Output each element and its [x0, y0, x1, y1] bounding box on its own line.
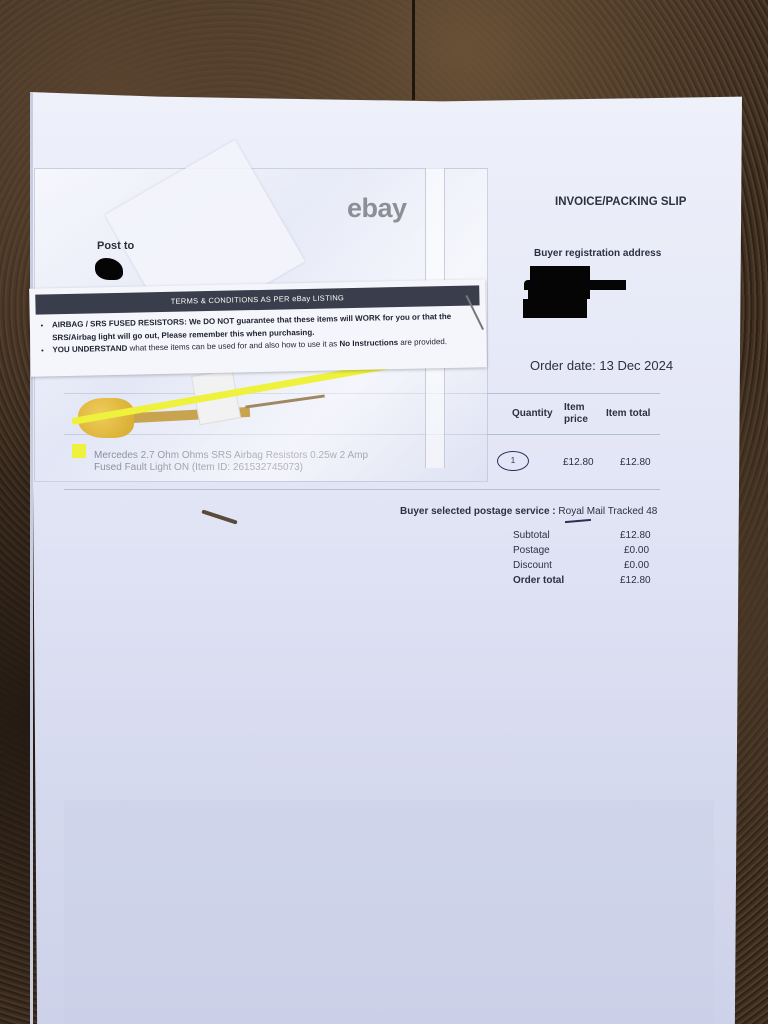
- subtotal-label: Subtotal: [513, 530, 550, 541]
- item-price: £12.80: [563, 457, 594, 468]
- terms-header: TERMS & CONDITIONS AS PER eBay LISTING: [35, 285, 479, 314]
- cable-tie-head: [72, 444, 86, 458]
- terms-item-bold: No Instructions: [339, 338, 398, 348]
- order-total-value: £12.80: [620, 575, 651, 586]
- item-total: £12.80: [620, 457, 651, 468]
- header-quantity: Quantity: [512, 408, 553, 420]
- header-item-total: Item total: [606, 408, 650, 420]
- subtotal-value: £12.80: [620, 530, 651, 541]
- ebay-logo: ebay: [347, 193, 407, 224]
- invoice-title: INVOICE/PACKING SLIP: [555, 196, 686, 208]
- discount-value: £0.00: [624, 560, 649, 571]
- order-date: Order date: 13 Dec 2024: [530, 358, 673, 373]
- table-bottom-rule: [64, 489, 660, 490]
- terms-item-bold: YOU UNDERSTAND: [52, 344, 127, 355]
- postage-value: £0.00: [624, 545, 649, 556]
- paper-edge: [30, 92, 33, 1024]
- postage-service-label: Buyer selected postage service :: [400, 506, 556, 517]
- paper-lower-fold: [64, 800, 714, 1024]
- quantity-circled: 1: [497, 451, 529, 471]
- terms-item-text: what these items can be used for and als…: [127, 339, 339, 352]
- header-item-price: Item price: [564, 402, 598, 426]
- redacted-address-line: [528, 290, 590, 299]
- terms-list: AIRBAG / SRS FUSED RESISTORS: We DO NOT …: [30, 310, 487, 357]
- discount-label: Discount: [513, 560, 552, 571]
- order-total-label: Order total: [513, 575, 564, 586]
- redacted-address-line: [523, 299, 587, 318]
- postage-service-value: Royal Mail Tracked 48: [558, 506, 657, 517]
- stone-seam: [412, 0, 415, 100]
- postage-service: Buyer selected postage service : Royal M…: [400, 506, 657, 517]
- redacted-address-line: [524, 280, 626, 290]
- redacted-address-line: [530, 266, 590, 280]
- postage-label: Postage: [513, 545, 550, 556]
- post-to-label: Post to: [97, 240, 134, 252]
- terms-conditions-card: TERMS & CONDITIONS AS PER eBay LISTING A…: [29, 279, 487, 377]
- terms-item-text: are provided.: [398, 337, 447, 347]
- buyer-address-label: Buyer registration address: [534, 248, 661, 259]
